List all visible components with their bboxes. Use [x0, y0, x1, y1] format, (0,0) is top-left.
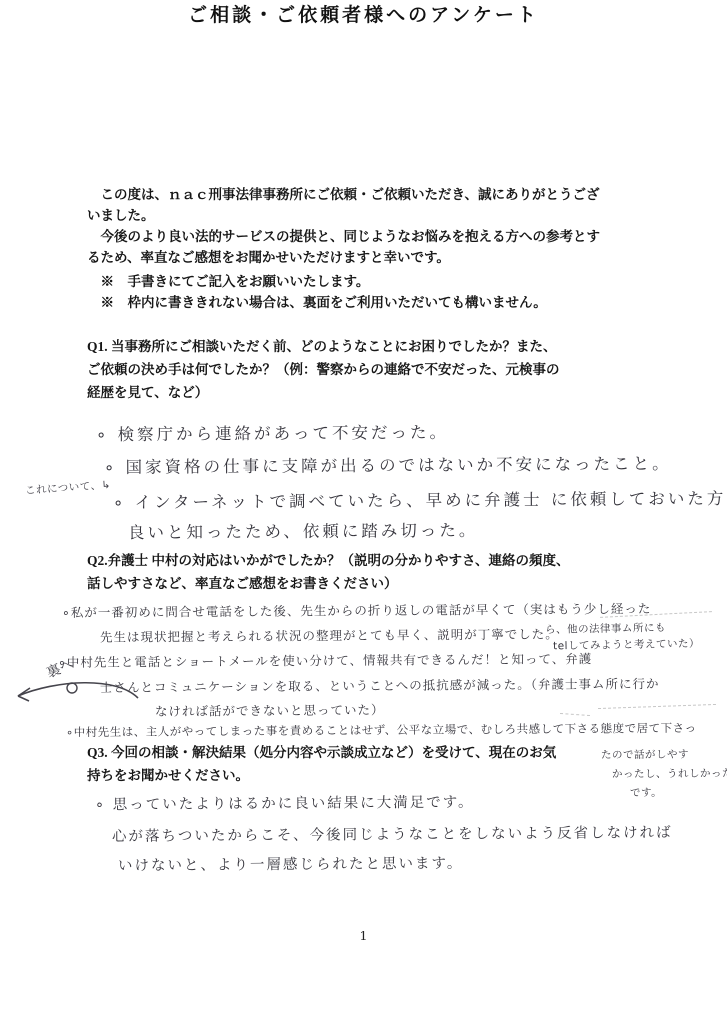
handwritten-answer-q2-1-line1: ∘私が一番初めに問合せ電話をした後、先生からの折り返しの電話が早くて（実はもう少… — [62, 599, 651, 621]
survey-document-page: ご相談・ご依頼者様へのアンケート この度は、ｎａｃ刑事法律事務所にご依頼・ご依頼… — [0, 0, 727, 1024]
handwritten-answer-q2-2-line2: 士さんとコミュニケーションを取る、ということへの抵抗感が減った。（弁護士事ム所に… — [100, 674, 660, 696]
handwritten-margin-q2-3-line3: です。 — [630, 785, 662, 800]
intro-line: 今後のより良い法的サービスの提供と、同じようなお悩みを抱える方への参考とす — [87, 226, 600, 247]
intro-note-backside-allowed: ※ 枠内に書ききれない場合は、裏面をご利用いただいても構いません。 — [87, 292, 547, 313]
handwritten-answer-q2-2-line3: なければ話ができないと思っていた） — [155, 700, 385, 720]
handwritten-answer-q3-line3: いけないと、より一層感じられたと思います。 — [118, 852, 463, 875]
handwritten-answer-q1-2: ∘ 国家資格の仕事に支障が出るのではないか不安になったこと。 — [104, 450, 672, 478]
question-3-heading-line: 持ちをお聞かせください。 — [87, 765, 249, 786]
handwritten-margin-q2-3-line2: かったし、うれしかった — [612, 766, 727, 782]
faint-pencil-mark — [598, 704, 716, 709]
handwritten-margin-q2-1-line1: ら、他の法律事ム所にも — [545, 620, 666, 637]
intro-line: いました。 — [87, 205, 155, 226]
curved-arrow-to-back-icon — [6, 674, 146, 719]
intro-note-handwriting-request: ※ 手書きにてご記入をお願いいたします。 — [87, 271, 369, 292]
intro-line: るため、率直なご感想をお聞かせいただけますと幸いです。 — [87, 247, 450, 268]
question-3-heading-line: Q3. 今回の相談・解決結果（処分内容や示談成立など）を受けて、現在のお気 — [87, 742, 556, 763]
page-title: ご相談・ご依頼者様へのアンケート — [0, 0, 727, 27]
margin-note-to-back-group: 裏へ — [6, 658, 146, 720]
page-number: 1 — [0, 928, 727, 943]
question-1-heading-line: Q1. 当事務所にご相談いただく前、どのようなことにお困りでしたか？また、 — [87, 336, 557, 357]
question-1-heading-line: ご依頼の決め手は何でしたか？（例：警察からの連絡で不安だった、元検事の — [87, 359, 560, 380]
margin-note-about-this: これについて、↳ — [25, 477, 112, 498]
handwritten-answer-q3-line1: ∘ 思っていたよりはるかに良い結果に大満足です。 — [95, 791, 475, 815]
handwritten-margin-q2-3-line1: たので話がしやす — [601, 747, 689, 763]
handwritten-answer-q1-3-line1: ∘ インターネットで調べていたら、早めに弁護士 に依頼しておいた方が — [113, 485, 727, 513]
faint-pencil-mark — [560, 713, 590, 716]
handwritten-answer-q1-3-line2: 良いと知ったため、依頼に踏み切った。 — [128, 517, 479, 543]
handwritten-answer-q1-1: ∘ 検察庁から連絡があって不安だった。 — [96, 419, 449, 445]
intro-line: この度は、ｎａｃ刑事法律事務所にご依頼・ご依頼いただき、誠にありがとうござ — [87, 184, 599, 205]
question-2-heading-line: 話しやすさなど、率直なご感想をお書きください） — [87, 573, 398, 594]
handwritten-answer-q2-3-line1: ∘中村先生は、主人がやってしまった事を責めることはせず、公平な立場で、むしろ共感… — [66, 720, 697, 740]
handwritten-answer-q2-1-line2: 先生は現状把握と考えられる状況の整理がとても早く、説明が丁寧でした。 — [100, 624, 559, 645]
question-1-heading-line: 経歴を見て、など） — [87, 382, 208, 403]
question-2-heading-line: Q2.弁護士 中村の対応はいかがでしたか？（説明の分かりやすさ、連絡の頻度、 — [87, 550, 569, 571]
handwritten-answer-q3-line2: 心が落ちついたからこそ、今後同じようなことをしないよう反省しなければ — [112, 821, 673, 846]
